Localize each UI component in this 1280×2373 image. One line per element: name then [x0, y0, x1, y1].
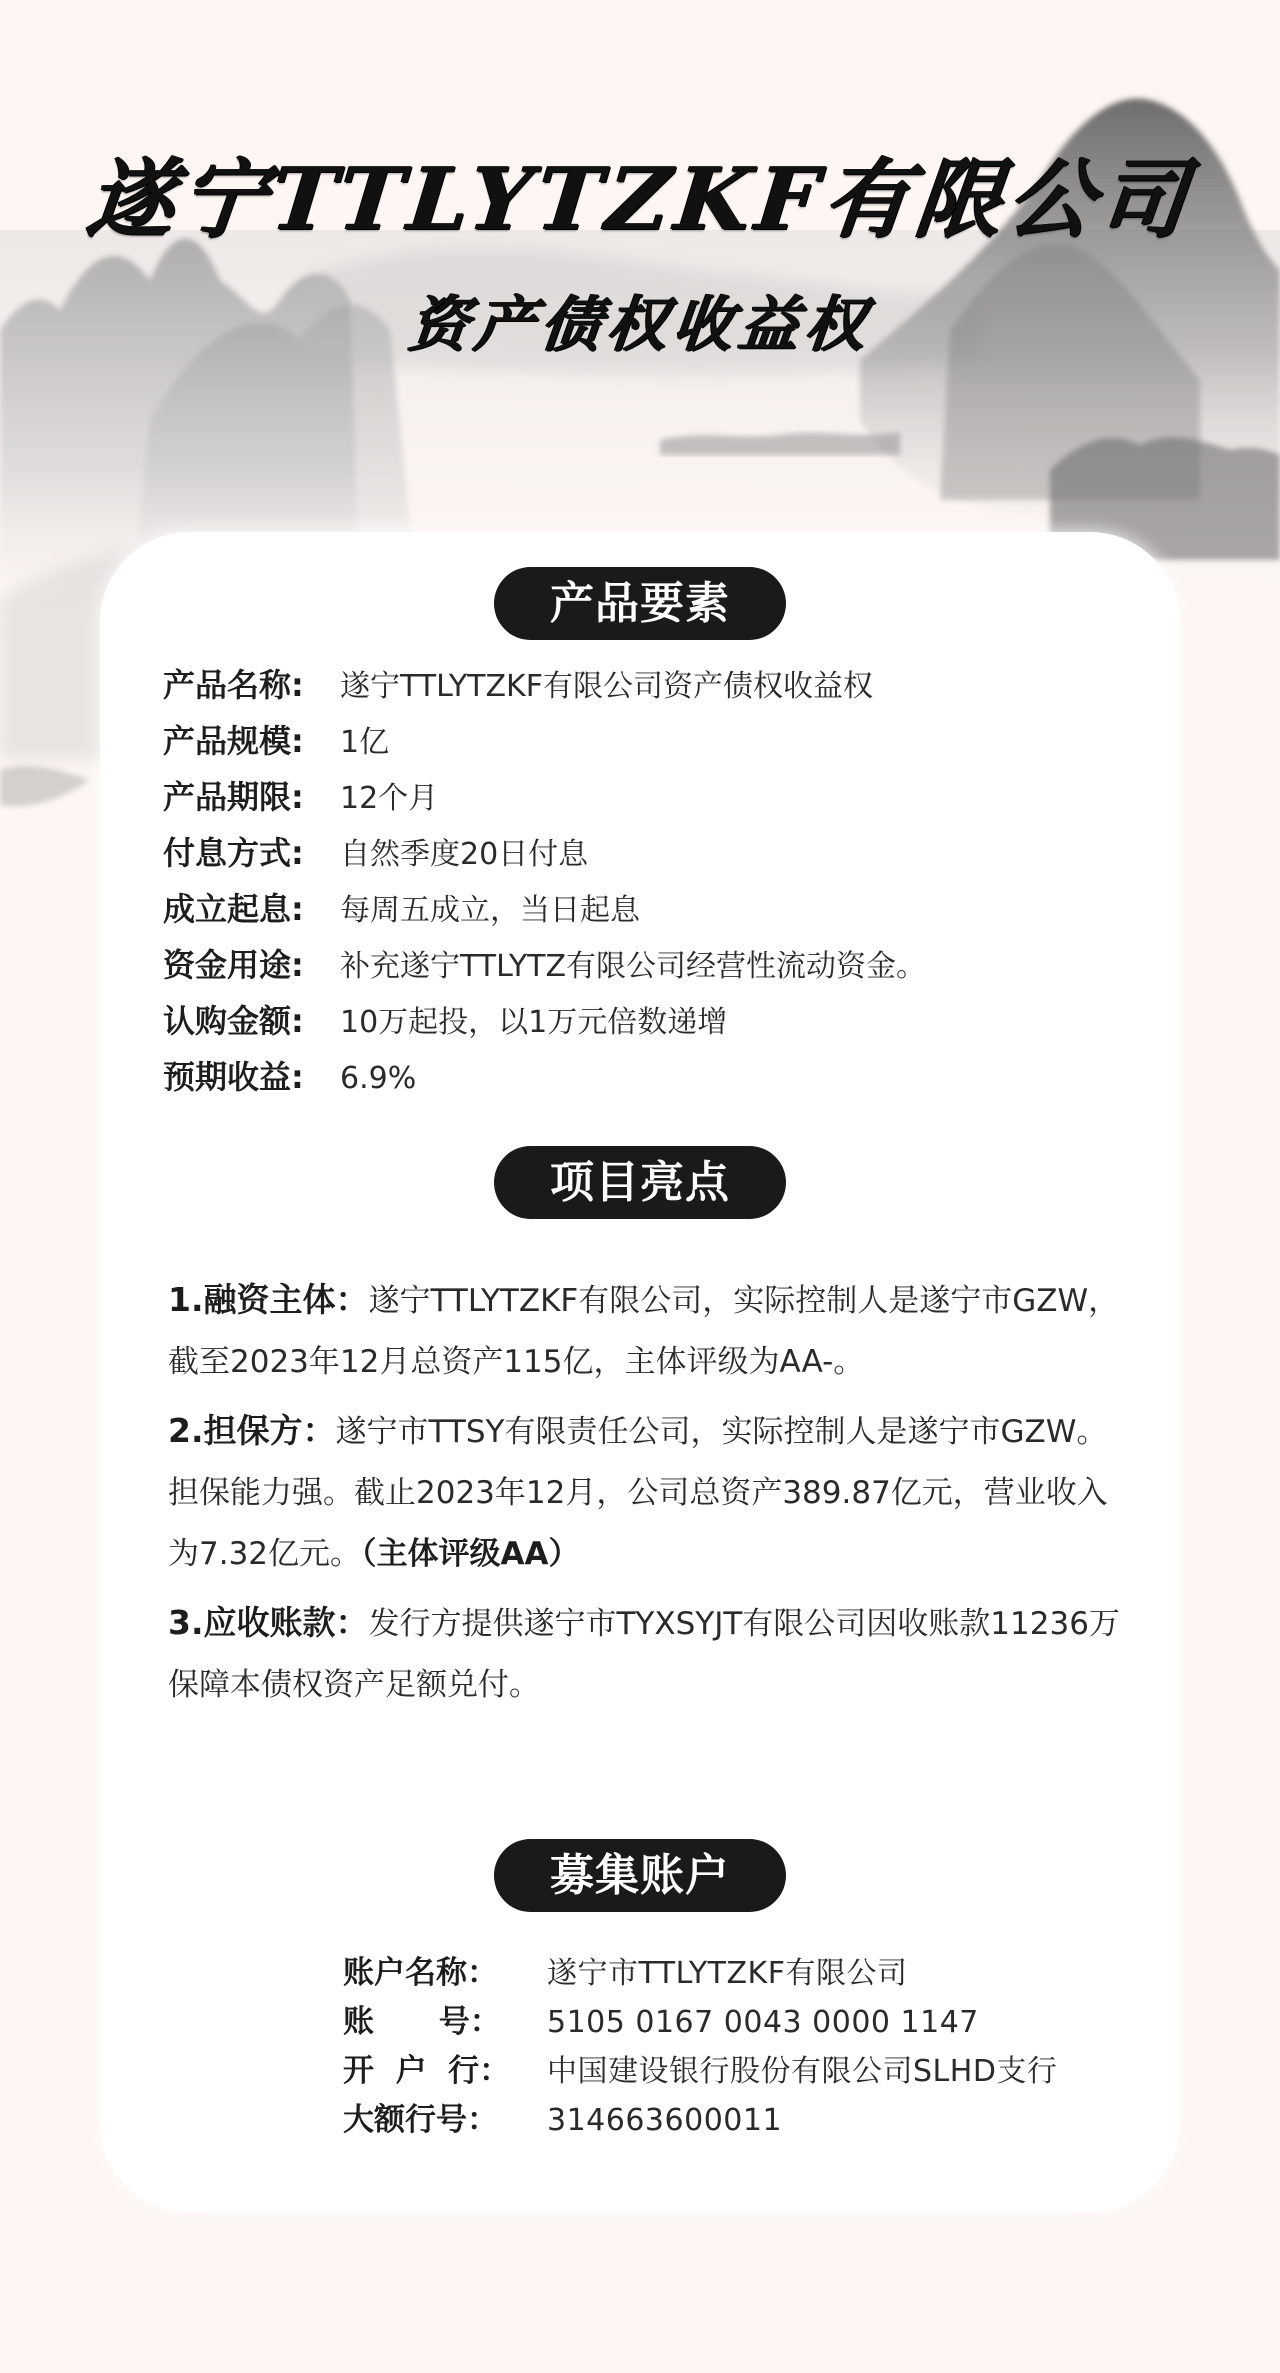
product-elements-list: 产品名称: 遂宁TTLYTZKF有限公司资产债权收益权 产品规模: 1亿 产品期…: [163, 660, 1143, 1108]
product-element-label: 产品期限:: [163, 772, 340, 818]
product-element-value: 补充遂宁TTLYTZ有限公司经营性流动资金。: [340, 941, 926, 985]
account-label: 账户名称：: [343, 1947, 547, 1992]
product-element-value: 12个月: [340, 773, 438, 817]
product-element-value: 6.9%: [340, 1061, 416, 1096]
product-element-row-name: 产品名称: 遂宁TTLYTZKF有限公司资产债权收益权: [163, 660, 1143, 716]
product-element-row-expected-yield: 预期收益: 6.9%: [163, 1052, 1143, 1108]
hero-title: 遂宁TTLYTZKF有限公司: [0, 150, 1280, 250]
product-element-label: 认购金额:: [163, 996, 340, 1042]
product-element-value: 自然季度20日付息: [340, 829, 588, 873]
highlight-item-financing-entity: 1.融资主体：遂宁TTLYTZKF有限公司，实际控制人是遂宁市GZW，截至202…: [168, 1269, 1128, 1393]
product-element-row-term: 产品期限: 12个月: [163, 772, 1143, 828]
account-value: 遂宁市TTLYTZKF有限公司: [547, 1948, 907, 1992]
account-row-bank: 开 户 行： 中国建设银行股份有限公司SLHD支行: [343, 2045, 1163, 2094]
section-heading-highlights: 项目亮点: [494, 1146, 786, 1219]
product-element-row-interest-payment: 付息方式: 自然季度20日付息: [163, 828, 1143, 884]
account-label: 开 户 行：: [343, 2045, 547, 2090]
product-element-label: 资金用途:: [163, 940, 340, 986]
highlights-list: 1.融资主体：遂宁TTLYTZKF有限公司，实际控制人是遂宁市GZW，截至202…: [168, 1269, 1128, 1723]
account-row-name: 账户名称： 遂宁市TTLYTZKF有限公司: [343, 1947, 1163, 1996]
account-label: 账 号：: [343, 1996, 547, 2041]
section-heading-account: 募集账户: [494, 1839, 786, 1912]
product-element-value: 每周五成立，当日起息: [340, 885, 640, 929]
product-element-value: 遂宁TTLYTZKF有限公司资产债权收益权: [340, 661, 873, 705]
highlight-rating: （主体评级AA）: [361, 1536, 579, 1572]
product-element-row-fund-use: 资金用途: 补充遂宁TTLYTZ有限公司经营性流动资金。: [163, 940, 1143, 996]
hero-subtitle: 资产债权收益权: [0, 285, 1280, 365]
product-element-value: 1亿: [340, 717, 389, 761]
highlight-item-receivables: 3.应收账款：发行方提供遂宁市TYXSYJT有限公司因收账款11236万保障本债…: [168, 1592, 1128, 1716]
account-value: 中国建设银行股份有限公司SLHD支行: [547, 2046, 1057, 2090]
product-element-label: 付息方式:: [163, 828, 340, 874]
product-element-label: 预期收益:: [163, 1052, 340, 1098]
account-label: 大额行号：: [343, 2094, 547, 2139]
highlight-title: 3.应收账款：: [168, 1603, 369, 1642]
info-card: 产品要素 产品名称: 遂宁TTLYTZKF有限公司资产债权收益权 产品规模: 1…: [100, 532, 1180, 2212]
highlight-title: 1.融资主体：: [168, 1280, 369, 1319]
account-value: 314663600011: [547, 2103, 782, 2138]
product-element-row-subscription: 认购金额: 10万起投，以1万元倍数递增: [163, 996, 1143, 1052]
product-element-label: 产品名称:: [163, 660, 340, 706]
product-element-label: 产品规模:: [163, 716, 340, 762]
highlight-item-guarantor: 2.担保方：遂宁市TTSY有限责任公司，实际控制人是遂宁市GZW。担保能力强。截…: [168, 1400, 1128, 1585]
account-details: 账户名称： 遂宁市TTLYTZKF有限公司 账 号： 5105 0167 004…: [343, 1947, 1163, 2143]
product-element-row-scale: 产品规模: 1亿: [163, 716, 1143, 772]
section-heading-product-elements: 产品要素: [494, 567, 786, 640]
product-element-label: 成立起息:: [163, 884, 340, 930]
account-row-number: 账 号： 5105 0167 0043 0000 1147: [343, 1996, 1163, 2045]
product-element-value: 10万起投，以1万元倍数递增: [340, 997, 727, 1041]
highlight-title: 2.担保方：: [168, 1411, 336, 1450]
product-element-row-establishment: 成立起息: 每周五成立，当日起息: [163, 884, 1143, 940]
account-value: 5105 0167 0043 0000 1147: [547, 2005, 979, 2040]
account-row-large-payment-number: 大额行号： 314663600011: [343, 2094, 1163, 2143]
